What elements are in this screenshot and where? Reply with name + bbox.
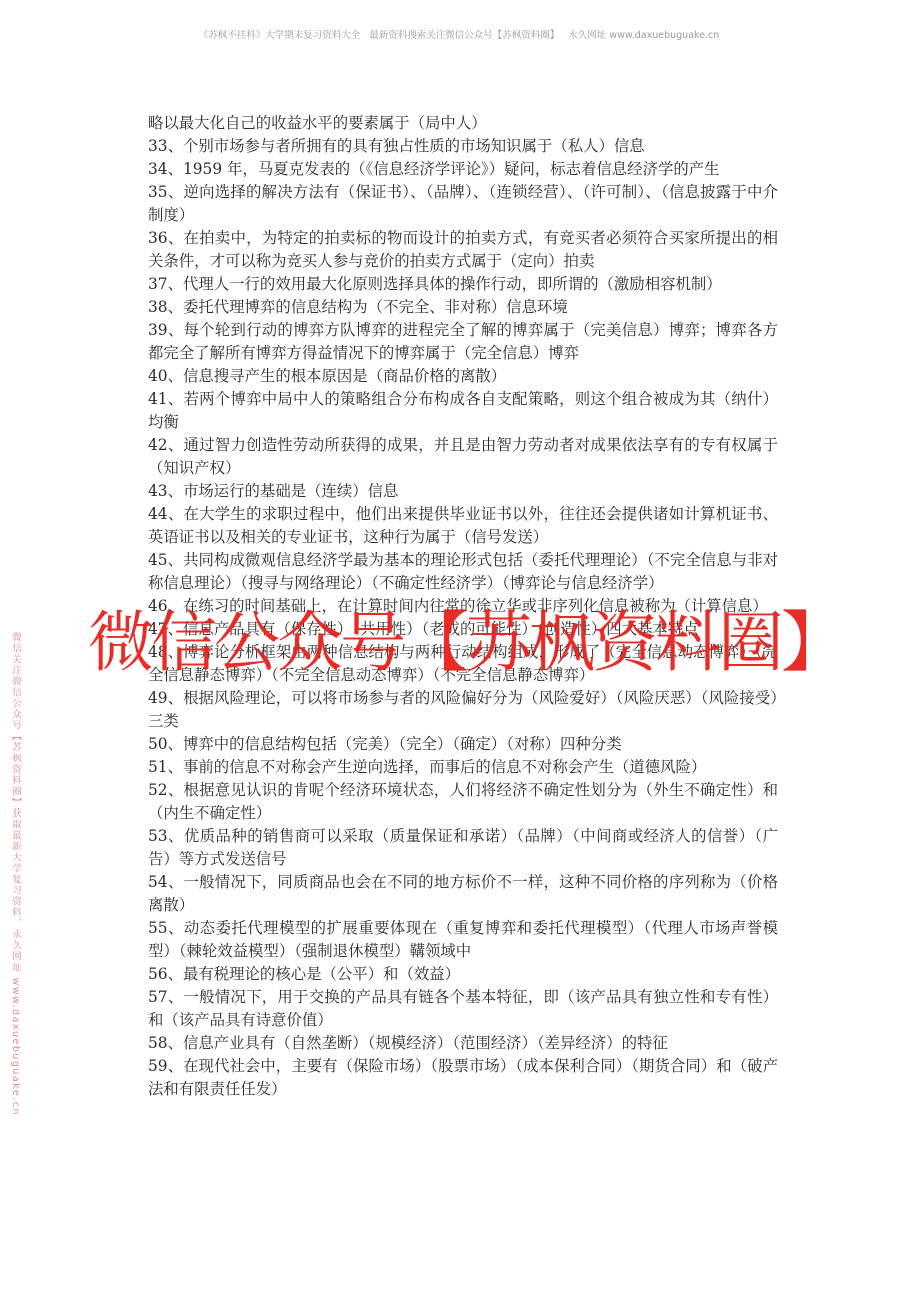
paragraph-39: 39、每个轮到行动的博弈方队博弈的进程完全了解的博弈属于（完美信息）博弈；博弈各… [148, 319, 778, 365]
header-website-link[interactable]: 永久网址 www.daxuebuguake.cn [568, 30, 719, 41]
paragraph-40: 40、信息搜寻产生的根本原因是（商品价格的离散） [148, 365, 778, 388]
paragraph-53: 53、优质品种的销售商可以采取（质量保证和承诺）（品牌）（中间商或经济人的信誉）… [148, 825, 778, 871]
header-follow-notice: 最新资料搜索关注微信公众号【苏枫资料圈】 [369, 30, 559, 41]
paragraph-38: 38、委托代理博弈的信息结构为（不完全、非对称）信息环境 [148, 296, 778, 319]
paragraph-55: 55、动态委托代理模型的扩展重要体现在（重复博弈和委托代理模型）（代理人市场声誉… [148, 917, 778, 963]
paragraph-41: 41、若两个博弈中局中人的策略组合分布构成各自支配策略，则这个组合被成为其（纳什… [148, 388, 778, 434]
paragraph-32-tail: 略以最大化自己的收益水平的要素属于（局中人） [148, 112, 778, 135]
paragraph-56: 56、最有税理论的核心是（公平）和（效益） [148, 963, 778, 986]
document-body: 略以最大化自己的收益水平的要素属于（局中人） 33、个别市场参与者所拥有的具有独… [148, 112, 778, 1101]
paragraph-42: 42、通过智力创造性劳动所获得的成果，并且是由智力劳动者对成果依法享有的专有权属… [148, 434, 778, 480]
paragraph-57: 57、一般情况下，用于交换的产品具有链各个基本特征，即（该产品具有独立性和专有性… [148, 986, 778, 1032]
paragraph-54: 54、一般情况下，同质商品也会在不同的地方标价不一样，这种不同价格的序列称为（价… [148, 871, 778, 917]
paragraph-50: 50、博弈中的信息结构包括（完美）（完全）（确定）（对称）四种分类 [148, 733, 778, 756]
paragraph-58: 58、信息产业具有（自然垄断）（规模经济）（范围经济）（差异经济）的特征 [148, 1032, 778, 1055]
paragraph-52: 52、根据意见认识的肯呢个经济环境状态，人们将经济不确定性划分为（外生不确定性）… [148, 779, 778, 825]
paragraph-47: 47、信息产品具有（保存性）（共用性）（老成的可能性）（创造性）四大基本特点 [148, 618, 778, 641]
header-series-title: 《苏枫不挂科》大学期末复习资料大全 [199, 30, 361, 41]
paragraph-49: 49、根据风险理论，可以将市场参与者的风险偏好分为（风险爱好）（风险厌恶）（风险… [148, 687, 778, 733]
paragraph-37: 37、代理人一行的效用最大化原则选择具体的操作行动，即所谓的（激励相容机制） [148, 273, 778, 296]
paragraph-34: 34、1959 年，马夏克发表的（《信息经济学评论》）疑问，标志着信息经济学的产… [148, 158, 778, 181]
paragraph-46: 46、在练习的时间基础上，在计算时间内往常的徐立华或非序列化信息被称为（计算信息… [148, 595, 778, 618]
paragraph-33: 33、个别市场参与者所拥有的具有独占性质的市场知识属于（私人）信息 [148, 135, 778, 158]
paragraph-59: 59、在现代社会中，主要有（保险市场）（股票市场）（成本保利合同）（期货合同）和… [148, 1055, 778, 1101]
paragraph-51: 51、事前的信息不对称会产生逆向选择，而事后的信息不对称会产生（道德风险） [148, 756, 778, 779]
paragraph-36: 36、在拍卖中，为特定的拍卖标的物而设计的拍卖方式，有竞买者必须符合买家所提出的… [148, 227, 778, 273]
side-watermark: 微信关注微信公众号【苏枫资料圈】获取最新大学复习资料，永久网址 www.daxu… [8, 632, 22, 1116]
paragraph-44: 44、在大学生的求职过程中，他们出来提供毕业证书以外，往往还会提供诸如计算机证书… [148, 503, 778, 549]
paragraph-45: 45、共同构成微观信息经济学最为基本的理论形式包括（委托代理理论）（不完全信息与… [148, 549, 778, 595]
paragraph-48: 48、博弈论分析框架由两种信息结构与两种行动结构组成，形成了（完全信息动态博弈）… [148, 641, 778, 687]
page-header: 《苏枫不挂科》大学期末复习资料大全 最新资料搜索关注微信公众号【苏枫资料圈】 永… [0, 27, 918, 41]
paragraph-43: 43、市场运行的基础是（连续）信息 [148, 480, 778, 503]
paragraph-35: 35、逆向选择的解决方法有（保证书）、（品牌）、（连锁经营）、（许可制）、（信息… [148, 181, 778, 227]
